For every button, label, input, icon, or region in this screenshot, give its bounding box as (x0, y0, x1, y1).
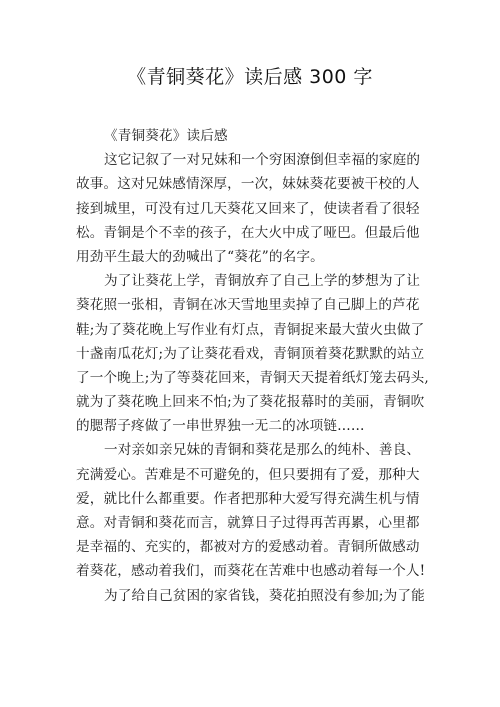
paragraph-line: 意。对青铜和葵花而言，就算日子过得再苦再累，心里都 (76, 511, 416, 535)
paragraph-line: 的腮帮子疼做了一串世界独一无二的冰项链…… (76, 414, 416, 438)
paragraph-line: 了一个晚上;为了等葵花回来，青铜天天提着纸灯笼去码头, (76, 366, 416, 390)
paragraph-line: 十盏南瓜花灯;为了让葵花看戏，青铜顶着葵花默默的站立 (76, 342, 416, 366)
paragraph-line: 充满爱心。苦难是不可避免的，但只要拥有了爱，那种大 (76, 463, 416, 487)
paragraph-line: 着葵花，感动着我们，而葵花在苦难中也感动着每一个人! (76, 559, 416, 583)
paragraph-line: 是幸福的、充实的，都被对方的爱感动着。青铜所做感动 (76, 535, 416, 559)
paragraph-line: 用劲平生最大的劲喊出了“葵花”的名字。 (76, 245, 416, 269)
document-title: 《青铜葵花》读后感 300 字 (0, 62, 500, 89)
paragraph-line: 为了给自己贫困的家省钱，葵花拍照没有参加;为了能 (76, 584, 416, 608)
subheading: 《青铜葵花》读后感 (76, 124, 416, 148)
paragraph-line: 故事。这对兄妹感情深厚，一次，妹妹葵花要被干校的人 (76, 172, 416, 196)
document-body: 《青铜葵花》读后感 这它记叙了一对兄妹和一个穷困潦倒但幸福的家庭的 故事。这对兄… (76, 124, 416, 608)
paragraph-line: 一对亲如亲兄妹的青铜和葵花是那么的纯朴、善良、 (76, 438, 416, 462)
paragraph-line: 鞋;为了葵花晚上写作业有灯点，青铜捉来最大萤火虫做了 (76, 318, 416, 342)
paragraph-line: 葵花照一张相，青铜在冰天雪地里卖掉了自己脚上的芦花 (76, 293, 416, 317)
paragraph-line: 爱，就比什么都重要。作者把那种大爱写得充满生机与情 (76, 487, 416, 511)
paragraph-line: 接到城里，可没有过几天葵花又回来了，使读者看了很轻 (76, 197, 416, 221)
paragraph-line: 这它记叙了一对兄妹和一个穷困潦倒但幸福的家庭的 (76, 148, 416, 172)
paragraph-line: 为了让葵花上学，青铜放弃了自己上学的梦想为了让 (76, 269, 416, 293)
paragraph-line: 就为了葵花晚上回来不怕;为了葵花报幕时的美丽，青铜吹 (76, 390, 416, 414)
paragraph-line: 松。青铜是个不幸的孩子，在大火中成了哑巴。但最后他 (76, 221, 416, 245)
